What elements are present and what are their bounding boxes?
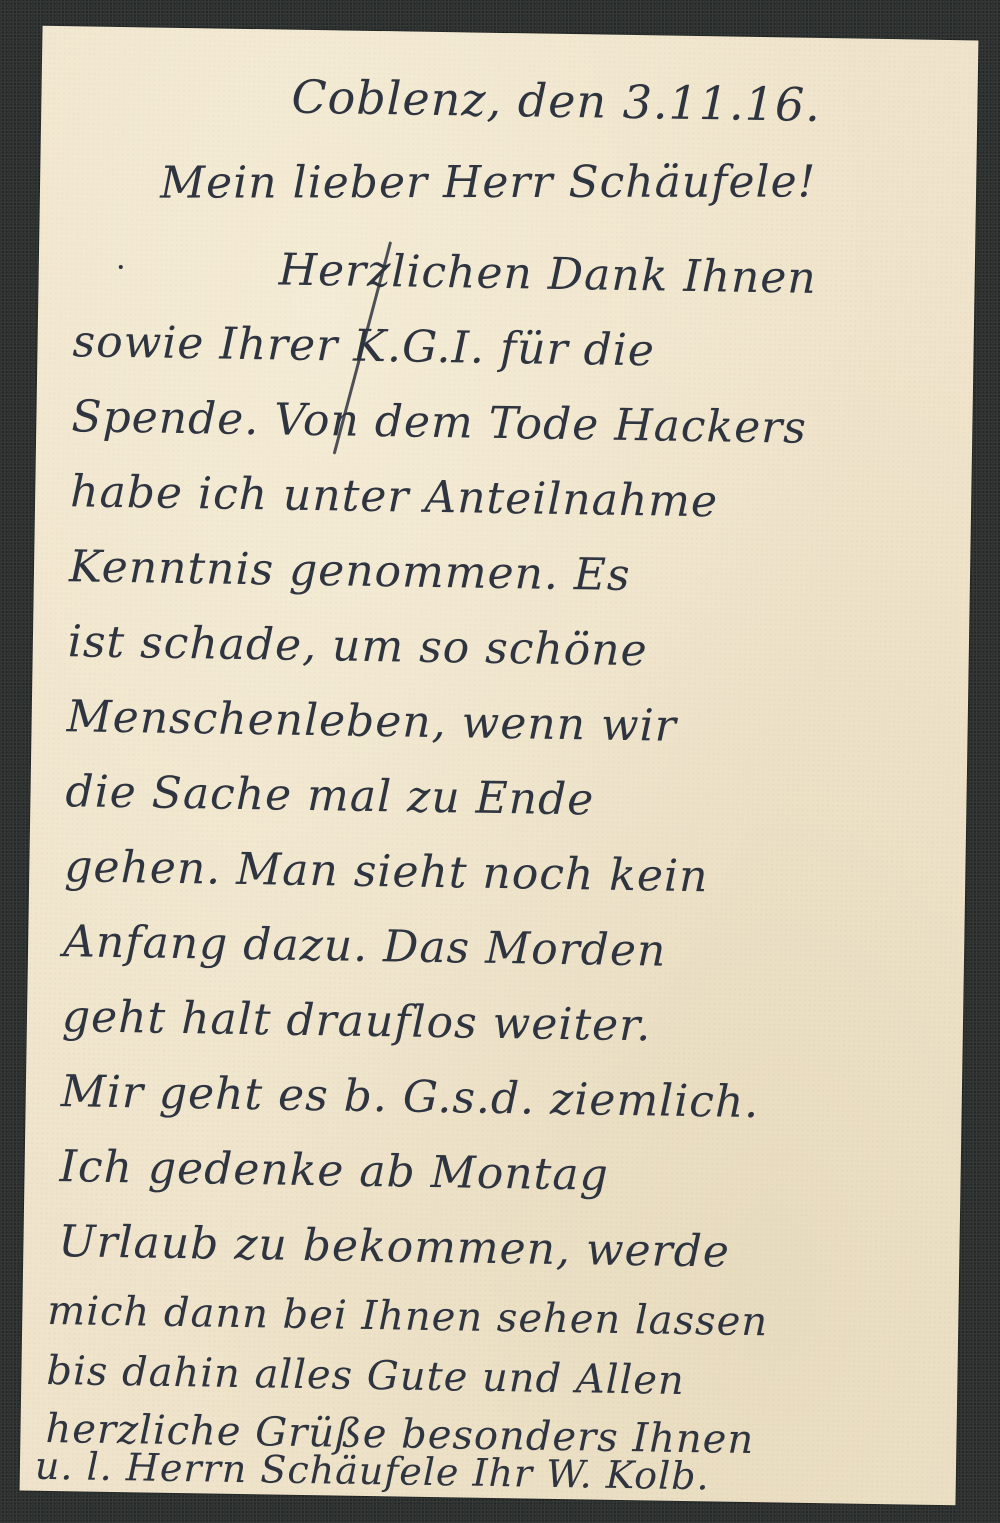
closing-signature: u. l. Herrn Schäufele Ihr W. Kolb. [35,1444,710,1499]
body-line: Anfang dazu. Das Morden [63,916,667,976]
body-line: gehen. Man sieht noch kein [64,841,709,902]
salutation: Mein lieber Herr Schäufele! [160,156,816,208]
body-line: Menschenleben, wenn wir [66,691,677,752]
body-line: Ich gedenke ab Montag [59,1141,609,1201]
body-line: habe ich unter Anteilnahme [70,466,719,527]
body-line: sowie Ihrer K.G.I. für die [72,316,655,376]
body-line: mich dann bei Ihnen sehen lassen [47,1288,768,1345]
body-line: Herzlichen Dank Ihnen [278,244,817,303]
place-date-heading: Coblenz, den 3.11.16. [291,70,821,132]
body-line: Kenntnis genommen. Es [69,541,631,601]
body-line: ist schade, um so schöne [67,616,648,676]
body-line: Mir geht es b. G.s.d. ziemlich. [60,1066,759,1128]
letter-paper: Coblenz, den 3.11.16. Mein lieber Herr S… [20,26,979,1506]
body-line: die Sache mal zu Ende [65,766,595,825]
body-line: Spende. Von dem Tode Hackers [71,391,807,454]
body-line: geht halt drauflos weiter. [62,991,652,1051]
body-line: Urlaub zu bekommen, werde [58,1216,730,1278]
body-line: bis dahin alles Gute und Allen [46,1348,685,1404]
ink-dot [119,265,123,269]
